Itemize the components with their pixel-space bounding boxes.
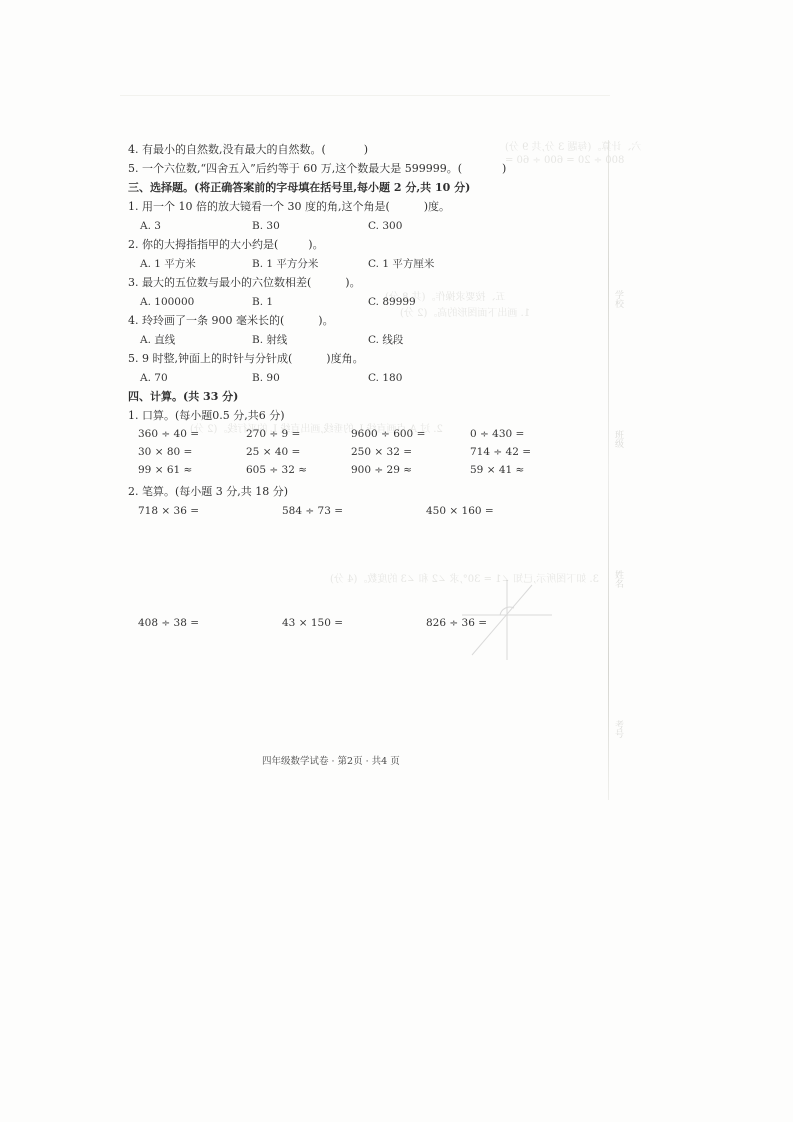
choice-question-4: 4. 玲玲画了一条 900 毫米长的()。	[128, 314, 334, 328]
written-calc-item: 450 × 160 =	[426, 504, 494, 518]
written-calc-item: 43 × 150 =	[282, 616, 343, 630]
section-4-title: 四、计算。(共 33 分)	[128, 390, 238, 404]
bleed-through-text: 800 ÷ 20 = 600 ÷ 60 =	[505, 155, 624, 166]
judge-item-5: 5. 一个六位数,“四舍五入”后约等于 60 万,这个数最大是 599999。(…	[128, 162, 506, 176]
scanned-page: 六、计算。(每题 3 分,共 9 分) 800 ÷ 20 = 600 ÷ 60 …	[0, 0, 793, 1122]
side-label: 班级	[612, 430, 625, 448]
oral-calc-title: 1. 口算。(每小题0.5 分,共6 分)	[128, 409, 285, 423]
oral-calc-item: 270 ÷ 9 =	[246, 427, 300, 441]
option-b: B. 30	[252, 219, 280, 233]
option-a: A. 3	[140, 219, 161, 233]
oral-calc-item: 59 × 41 ≈	[470, 463, 524, 477]
written-calc-item: 826 ÷ 36 =	[426, 616, 487, 630]
written-calc-item: 408 ÷ 38 =	[138, 616, 199, 630]
option-a: A. 1 平方米	[140, 257, 196, 271]
option-b: B. 90	[252, 371, 280, 385]
option-b: B. 1	[252, 295, 273, 309]
oral-calc-item: 605 ÷ 32 ≈	[246, 463, 307, 477]
oral-calc-item: 360 ÷ 40 =	[138, 427, 199, 441]
choice-question-5: 5. 9 时整,钟面上的时针与分针成()度角。	[128, 352, 364, 366]
choice-question-2: 2. 你的大拇指指甲的大小约是()。	[128, 238, 324, 252]
choice-question-1: 1. 用一个 10 倍的放大镜看一个 30 度的角,这个角是()度。	[128, 200, 450, 214]
oral-calc-item: 99 × 61 ≈	[138, 463, 192, 477]
option-b: B. 1 平方分米	[252, 257, 318, 271]
option-a: A. 直线	[140, 333, 175, 347]
bleed-through-text: 1. 画出下面图形的高。(2 分)	[400, 304, 530, 319]
oral-calc-item: 25 × 40 =	[246, 445, 300, 459]
choice-question-3: 3. 最大的五位数与最小的六位数相差()。	[128, 276, 361, 290]
side-label: 姓名	[612, 570, 625, 588]
binding-line	[608, 140, 609, 800]
oral-calc-item: 9600 ÷ 600 =	[351, 427, 425, 441]
option-c: C. 1 平方厘米	[368, 257, 434, 271]
option-a: A. 100000	[140, 295, 194, 309]
option-c: C. 180	[368, 371, 402, 385]
side-label: 学校	[612, 290, 625, 308]
oral-calc-item: 30 × 80 =	[138, 445, 192, 459]
oral-calc-item: 250 × 32 =	[351, 445, 412, 459]
side-label: 考号	[612, 720, 625, 738]
oral-calc-item: 900 ÷ 29 ≈	[351, 463, 412, 477]
section-3-title: 三、选择题。(将正确答案前的字母填在括号里,每小题 2 分,共 10 分)	[128, 181, 470, 195]
judge-item-4: 4. 有最小的自然数,没有最大的自然数。()	[128, 143, 368, 157]
written-calc-item: 718 × 36 =	[138, 504, 199, 518]
oral-calc-item: 0 ÷ 430 =	[470, 427, 524, 441]
page-footer: 四年级数学试卷 · 第2页 · 共4 页	[262, 753, 400, 767]
written-calc-item: 584 ÷ 73 =	[282, 504, 343, 518]
option-b: B. 射线	[252, 333, 287, 347]
option-c: C. 线段	[368, 333, 403, 347]
option-a: A. 70	[140, 371, 168, 385]
written-calc-title: 2. 笔算。(每小题 3 分,共 18 分)	[128, 485, 288, 499]
option-c: C. 89999	[368, 295, 416, 309]
oral-calc-item: 714 ÷ 42 =	[470, 445, 531, 459]
option-c: C. 300	[368, 219, 402, 233]
bleed-through-text: 六、计算。(每题 3 分,共 9 分)	[505, 138, 641, 153]
